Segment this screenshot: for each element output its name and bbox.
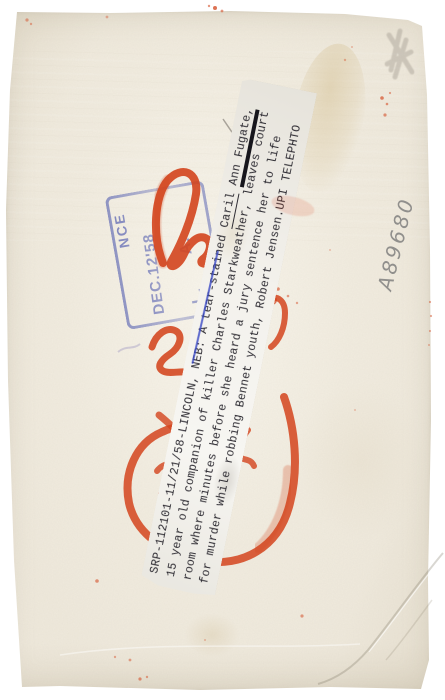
faint-stain-middle [296,381,426,541]
stamp-letter-a: A. [176,235,197,256]
press-photo-verso-scene: NCE DEC.12'58 L. A. A89680 [0,0,445,700]
faint-stain-bottom [184,613,240,657]
